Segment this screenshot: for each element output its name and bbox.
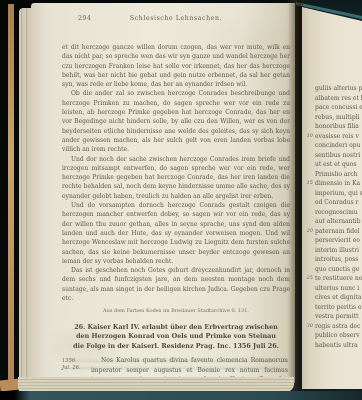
line-text: evasisse reis v (315, 133, 359, 140)
text-line: Primislio arch (304, 171, 362, 181)
line-text: honoribus filia (315, 123, 359, 130)
body-paragraph: et dit herczoge gancze willen dorum czog… (62, 43, 290, 89)
text-line: vestra permitt (304, 313, 362, 323)
text-line: rebus, multipli (304, 114, 362, 124)
text-line: imperium, qui s (304, 190, 362, 200)
line-text: pace concussi et (315, 104, 362, 111)
line-text: dimensio in Ka (315, 180, 360, 187)
line-text: regis astra dec (315, 323, 360, 330)
body-paragraph: Und dor noch der sache zwischen herczoge… (62, 155, 290, 201)
text-line: albatem res et l (304, 95, 362, 105)
text-line: introitus, poss (304, 256, 362, 266)
body-paragraph: Ob die ander zal so zwischen herczoge Co… (62, 89, 290, 154)
text-line: quo cunctis ge (304, 266, 362, 276)
line-number: 10 (304, 133, 313, 139)
line-text: guliis alterius p (315, 85, 362, 92)
line-text: ut est et quos (315, 161, 356, 168)
text-line: pace concussi et (304, 104, 362, 114)
text-line: concinderi opu (304, 142, 362, 152)
left-page-content: 294 Schlesische Lehnsachen. et dit hercz… (31, 3, 295, 383)
body-paragraph: Das ist geschehen noch Gotes geburt drey… (62, 266, 290, 303)
body-paragraph: Und do vorsampten dornoch herczoge Conra… (62, 201, 290, 266)
text-line: cives et dignita (304, 294, 362, 304)
line-text: rebus, multipli (315, 114, 360, 121)
line-text: territo peritis e (315, 304, 362, 311)
text-line: perservierit eo (304, 237, 362, 247)
text-line: ulterius nunc i (304, 285, 362, 295)
line-text: te restituere no (315, 275, 362, 282)
entry-heading: 26. Kaiser Karl IV. erlaubt über den Erb… (62, 323, 290, 352)
right-page: guliis alterius palbatem res et lpace co… (302, 0, 362, 389)
line-text: imperium, qui s (315, 190, 362, 197)
text-line: territo peritis e (304, 304, 362, 314)
margin-date: 1356 Jul. 26. (62, 358, 88, 372)
left-page: 294 Schlesische Lehnsachen. et dit hercz… (31, 3, 295, 383)
gutter-shadow (288, 0, 304, 391)
book-scan-photo: 294 Schlesische Lehnsachen. et dit hercz… (0, 0, 362, 400)
text-line: honoribus filia (304, 123, 362, 133)
line-text: ulterius nunc i (315, 285, 359, 292)
text-line: 20paternam fidel (304, 228, 362, 238)
line-text: recognoscimu (315, 209, 358, 216)
margin-date-year: 1356 (62, 358, 88, 365)
line-text: interim illustri (315, 247, 359, 254)
page-number: 294 (78, 15, 91, 22)
text-line: recognoscimu (304, 209, 362, 219)
body-text: et dit herczoge gancze willen dorum czog… (62, 43, 290, 400)
line-text: concinderi opu (315, 142, 360, 149)
line-text: cives et dignita (315, 294, 361, 301)
text-line: sentibus nostri (304, 152, 362, 162)
source-note: Aus dem Farben Kodex im Breslauer Stadta… (62, 307, 290, 316)
line-number: 25 (304, 275, 313, 281)
text-line: 30regis astra dec (304, 323, 362, 333)
text-line: ed Conradus r (304, 199, 362, 209)
page-header: 294 Schlesische Lehnsachen. (62, 15, 290, 22)
line-number: 20 (304, 228, 313, 234)
text-line: 25te restituere no (304, 275, 362, 285)
text-line: ut est et quos (304, 161, 362, 171)
text-line: aut alternantib (304, 218, 362, 228)
text-line: habentis ultra (304, 342, 362, 352)
line-text: paternam fidel (315, 228, 360, 235)
book-cover-edge (8, 4, 14, 382)
text-line: 10evasisse reis v (304, 133, 362, 143)
line-text: vestra permitt (315, 313, 358, 320)
text-line: 15dimensio in Ka (304, 180, 362, 190)
running-header: Schlesische Lehnsachen. (62, 15, 290, 22)
line-text: aut alternantib (315, 218, 361, 225)
line-text: Primislio arch (315, 171, 358, 178)
text-line: guliis alterius p (304, 85, 362, 95)
line-text: habentis ultra (315, 342, 358, 349)
line-number: 15 (304, 180, 313, 186)
table-surface (0, 391, 362, 400)
line-text: sentibus nostri (315, 152, 360, 159)
line-text: publico observ (315, 332, 360, 339)
line-text: perservierit eo (315, 237, 360, 244)
line-text: ed Conradus r (315, 199, 358, 206)
line-text: quo cunctis ge (315, 266, 359, 273)
margin-date-day: Jul. 26. (62, 365, 88, 372)
line-text: albatem res et l (315, 95, 362, 102)
bottom-page-edges (18, 377, 294, 392)
line-text: introitus, poss (315, 256, 358, 263)
text-line: publico observ (304, 332, 362, 342)
text-line: interim illustri (304, 247, 362, 257)
line-number: 30 (304, 323, 313, 329)
right-page-text: guliis alterius palbatem res et lpace co… (304, 85, 362, 351)
